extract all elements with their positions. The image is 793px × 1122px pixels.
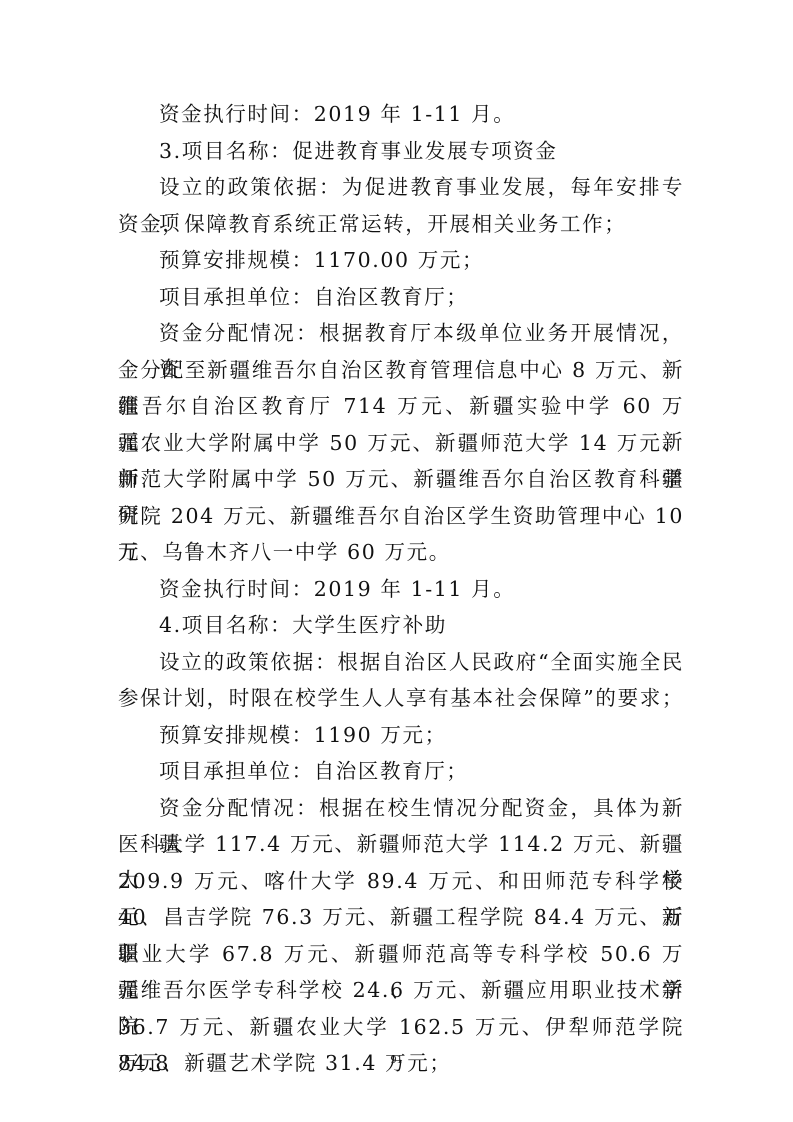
text-line: 项目承担单位：自治区教育厅； [159, 279, 468, 315]
text-line: 资金分配情况：根据在校生情况分配资金，具体为新疆 [159, 790, 684, 826]
text-line: 维吾尔自治区教育厅 714 万元、新疆实验中学 60 万元、新 [118, 388, 684, 424]
text-line: 设立的政策依据：为促进教育事业发展，每年安排专项 [159, 169, 684, 205]
text-line: 师范大学附属中学 50 万元、新疆维吾尔自治区教育科学研 [118, 461, 684, 497]
text-line: 资金，保障教育系统正常运转，开展相关业务工作； [118, 206, 626, 242]
text-line: 元、昌吉学院 76.3 万元、新疆工程学院 84.4 万元、新疆 [118, 899, 684, 935]
text-line: 职业大学 67.8 万元、新疆师范高等专科学校 50.6 万元、新 [118, 936, 684, 972]
text-line: 元、乌鲁木齐八一中学 60 万元。 [118, 534, 451, 570]
text-line: 209.9 万元、喀什大学 89.4 万元、和田师范专科学校 40 万 [118, 863, 684, 899]
page-number: 91 [0, 1052, 793, 1067]
text-line: 参保计划，时限在校学生人人享有基本社会保障”的要求； [118, 680, 684, 716]
section-heading: 4.项目名称：大学生医疗补助 [159, 607, 447, 643]
text-line: 36.7 万元、新疆农业大学 162.5 万元、伊犁师范学院84.8 [118, 1009, 684, 1045]
text-line: 疆维吾尔医学专科学校 24.6 万元、新疆应用职业技术学院 [118, 972, 684, 1008]
section-heading: 3.项目名称：促进教育事业发展专项资金 [159, 133, 557, 169]
text-line: 设立的政策依据：根据自治区人民政府“全面实施全民 [159, 644, 684, 680]
text-line: 究院 204 万元、新疆维吾尔自治区学生资助管理中心 10 万 [118, 498, 684, 534]
text-line: 医科大学 117.4 万元、新疆师范大学 114.2 万元、新疆大学 [118, 826, 684, 862]
text-line: 资金执行时间：2019 年 1-11 月。 [159, 571, 515, 607]
text-line: 疆农业大学附属中学 50 万元、新疆师范大学 14 万元、新疆 [118, 425, 684, 461]
text-line: 预算安排规模：1170.00 万元； [159, 242, 484, 278]
text-line: 预算安排规模：1190 万元； [159, 717, 447, 753]
text-line: 资金执行时间：2019 年 1-11 月。 [159, 96, 515, 132]
text-line: 金分配至新疆维吾尔自治区教育管理信息中心 8 万元、新疆 [118, 352, 684, 388]
text-line: 资金分配情况：根据教育厅本级单位业务开展情况，资 [159, 315, 684, 351]
text-line: 项目承担单位：自治区教育厅； [159, 753, 468, 789]
